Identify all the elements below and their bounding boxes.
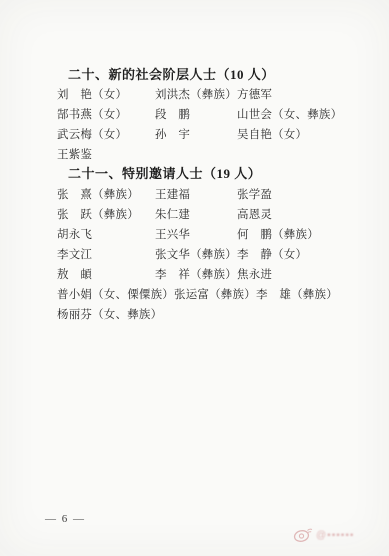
document-page: 二十、新的社会阶层人士（10 人） 刘 艳（女）刘洪杰（彝族）方德军郜书燕（女）… <box>0 0 389 556</box>
name-cell <box>237 145 381 165</box>
name-row: 王紫鉴 <box>57 145 381 165</box>
name-cell: 郜书燕（女） <box>57 105 155 125</box>
name-row: 张 跃（彝族）朱仁建高恩灵 <box>57 205 381 225</box>
name-cell: 张 跃（彝族） <box>57 205 155 225</box>
section-1-name-table: 刘 艳（女）刘洪杰（彝族）方德军郜书燕（女）段 鹏山世会（女、彝族）武云梅（女）… <box>57 85 381 165</box>
name-cell: 山世会（女、彝族） <box>237 105 381 125</box>
name-row: 武云梅（女）孙 宇吴自艳（女） <box>57 125 381 145</box>
name-row: 杨丽芬（女、彝族） <box>57 305 381 325</box>
weibo-eye-icon <box>293 527 313 543</box>
name-cell: 焦永进 <box>237 265 381 285</box>
name-row: 刘 艳（女）刘洪杰（彝族）方德军 <box>57 85 381 105</box>
name-cell: 张学盈 <box>237 185 381 205</box>
name-cell: 李 雄（彝族） <box>256 285 381 305</box>
name-cell: 孙 宇 <box>155 125 237 145</box>
watermark-handle: @▪▪▪▪▪▪ <box>316 530 354 541</box>
name-cell: 张运富（彝族） <box>174 285 256 305</box>
name-cell <box>244 305 381 325</box>
name-cell: 方德军 <box>237 85 381 105</box>
name-cell: 刘洪杰（彝族） <box>155 85 237 105</box>
name-cell: 王兴华 <box>155 225 237 245</box>
name-cell <box>155 145 237 165</box>
name-cell: 高恩灵 <box>237 205 381 225</box>
name-row: 张 熹（彝族）王建福张学盈 <box>57 185 381 205</box>
name-cell: 朱仁建 <box>155 205 237 225</box>
section-2-title: 二十一、特别邀请人士（19 人） <box>68 163 261 182</box>
name-cell: 李 静（女） <box>237 245 381 265</box>
name-row: 胡永飞王兴华何 鹏（彝族） <box>57 225 381 245</box>
name-cell: 胡永飞 <box>57 225 155 245</box>
name-cell: 普小娟（女、傈僳族） <box>57 285 174 305</box>
name-cell: 王建福 <box>155 185 237 205</box>
name-cell: 吴自艳（女） <box>237 125 381 145</box>
page-number: — 6 — <box>45 513 86 525</box>
name-cell: 李 祥（彝族） <box>155 265 237 285</box>
name-row: 李文江张文华（彝族）李 静（女） <box>57 245 381 265</box>
name-cell <box>162 305 244 325</box>
name-row: 郜书燕（女）段 鹏山世会（女、彝族） <box>57 105 381 125</box>
name-row: 普小娟（女、傈僳族）张运富（彝族）李 雄（彝族） <box>57 285 381 305</box>
section-1-title: 二十、新的社会阶层人士（10 人） <box>68 64 275 83</box>
section-2-name-table: 张 熹（彝族）王建福张学盈张 跃（彝族）朱仁建高恩灵胡永飞王兴华何 鹏（彝族）李… <box>57 185 381 325</box>
name-cell: 武云梅（女） <box>57 125 155 145</box>
name-cell: 敖 頔 <box>57 265 155 285</box>
name-cell: 段 鹏 <box>155 105 237 125</box>
name-cell: 张文华（彝族） <box>155 245 237 265</box>
name-row: 敖 頔李 祥（彝族）焦永进 <box>57 265 381 285</box>
name-cell: 李文江 <box>57 245 155 265</box>
weibo-watermark: @▪▪▪▪▪▪ <box>293 527 354 543</box>
name-cell: 刘 艳（女） <box>57 85 155 105</box>
name-cell: 张 熹（彝族） <box>57 185 155 205</box>
name-cell: 何 鹏（彝族） <box>237 225 381 245</box>
name-cell: 杨丽芬（女、彝族） <box>57 305 162 325</box>
name-cell: 王紫鉴 <box>57 145 155 165</box>
